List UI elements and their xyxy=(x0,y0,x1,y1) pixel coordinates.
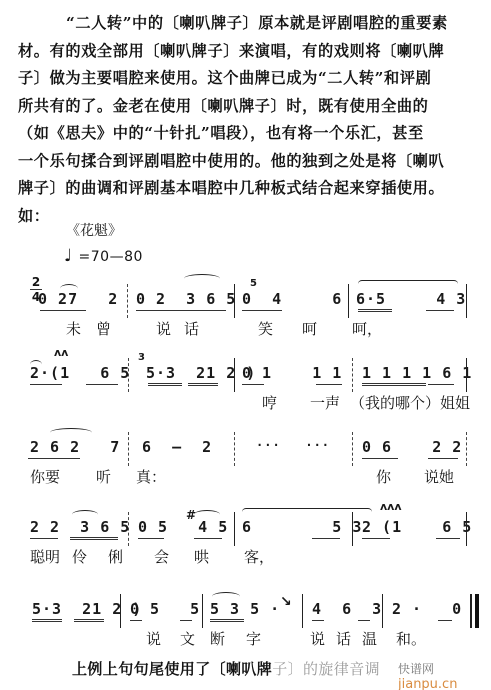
score-row-3: 2 6 2 7 6 — 2 ··· ··· 0 6 2 2 你要 听 真： 你 … xyxy=(0,432,491,492)
measure: 6 5 3 xyxy=(236,512,350,546)
measure: 3 5·3 21 2 ) xyxy=(132,358,232,392)
lyrics-line: 未 曾 说 话 笑 呵 呵， xyxy=(0,318,491,340)
barline xyxy=(234,358,235,392)
paragraph-line: （如《思夫》中的“十针扎”唱段），也有将一个乐汇，甚至 xyxy=(18,120,480,148)
beam-underline xyxy=(312,538,340,539)
caption-text: 上例上句句尾使用了〔喇叭牌 xyxy=(72,660,272,678)
measure-notes: 2·(1 6 5 xyxy=(30,364,130,382)
measure-notes: 1 1 1 1 6 1 xyxy=(362,364,472,382)
beam-underline xyxy=(30,538,58,539)
beam-underline xyxy=(436,538,460,539)
beam-underline xyxy=(428,384,454,385)
measure-notes: 0 1 1 1 xyxy=(242,364,342,382)
barline xyxy=(128,358,129,392)
watermark-cn: 快谱网 xyxy=(398,662,434,676)
lyrics-line: 聪明 伶 俐 会 哄 客， xyxy=(0,546,491,568)
lyric: 话 xyxy=(336,628,351,649)
lyric: 哼 xyxy=(262,392,277,413)
measure: 6 — 2 xyxy=(136,432,232,466)
measure-notes: 6 — 2 xyxy=(142,438,212,456)
beam-underline xyxy=(194,538,222,539)
beam-underline xyxy=(428,458,458,459)
lyric: 笑 xyxy=(258,318,273,339)
lyric: 断 xyxy=(210,628,225,649)
measure-notes: 2 (1 6 5 xyxy=(362,518,472,536)
barline xyxy=(382,594,383,628)
measure: 0 27 2 xyxy=(32,284,120,318)
beam-underline xyxy=(180,620,192,621)
beam-underline xyxy=(242,384,264,385)
barline xyxy=(202,594,203,628)
barline xyxy=(120,594,121,628)
score-row-2: ʌʌ 2·(1 6 5 3 5·3 21 2 ) 0 1 1 1 1 1 1 1… xyxy=(0,358,491,418)
barline xyxy=(234,432,235,466)
lyric: 说 xyxy=(310,628,325,649)
beam-underline xyxy=(210,619,244,622)
beam-underline xyxy=(316,384,342,385)
lyric: 呵， xyxy=(352,318,382,339)
piece-title: 《花魁》 xyxy=(66,220,122,240)
lyric: （我的哪个）姐姐 xyxy=(350,392,470,413)
lyric: 未 xyxy=(66,318,81,339)
lyric: 文 xyxy=(180,628,195,649)
barline xyxy=(466,284,467,318)
quarter-note-icon: ♩ xyxy=(64,246,73,266)
barline xyxy=(302,594,303,628)
lyric: 听 xyxy=(96,466,111,487)
score-row-5: 5·3 21 2 ) 0 5 5 5 3 5 · ↘ 4 6 3 2 · 0 说… xyxy=(0,594,491,654)
beam-underline xyxy=(86,384,118,385)
measure: 0 6 2 2 xyxy=(356,432,468,466)
measure: ʌʌʌ 2 (1 6 5 xyxy=(356,512,468,546)
measure: 2 6 2 7 xyxy=(24,432,124,466)
beam-underline xyxy=(32,619,62,622)
measure: 4 6 3 xyxy=(306,594,378,628)
slur-icon xyxy=(212,592,240,601)
measure-notes: 2 · 0 xyxy=(392,600,462,618)
measure: 5 0 4 6 xyxy=(236,284,340,318)
beam-underline xyxy=(362,383,426,386)
beam-underline xyxy=(362,538,390,539)
lyric: 哄 xyxy=(194,546,209,567)
barline xyxy=(352,358,353,392)
lyric: 一声 xyxy=(310,392,340,413)
measure: 0 2 3 6 5 xyxy=(130,284,228,318)
measure-notes: 0 2 3 6 5 xyxy=(136,290,236,308)
beam-underline xyxy=(70,537,118,540)
measure: 0 1 1 1 xyxy=(236,358,350,392)
barline xyxy=(352,432,353,466)
lyric: 真： xyxy=(136,466,166,487)
lyric: 说 xyxy=(146,628,161,649)
measure-notes: 2 2 3 6 5 xyxy=(30,518,130,536)
slur-icon xyxy=(72,510,98,519)
slur-icon xyxy=(184,274,220,283)
slur-icon xyxy=(60,284,78,293)
watermark-url: jianpu.cn xyxy=(398,677,457,690)
paragraph-line: 子〕做为主要唱腔来使用。这个曲牌已成为“二人转”和评剧 xyxy=(18,65,480,93)
measure: # 0 5 4 5 xyxy=(132,512,232,546)
measure-notes: 5 3 5 · xyxy=(210,600,280,618)
paragraph-line: 牌子〕的曲调和评剧基本唱腔中几种板式结合起来穿插使用。 xyxy=(18,175,480,203)
barline xyxy=(127,284,128,318)
measure-notes: 0 27 2 xyxy=(38,290,118,308)
paragraph-line: 所共有的了。金老在使用〔喇叭牌子〕时，既有使用全曲的 xyxy=(18,93,480,121)
measure-notes: ··· ··· xyxy=(256,438,330,452)
beam-underline xyxy=(138,538,164,539)
slur-icon xyxy=(358,280,458,284)
measure: 5 3 5 · ↘ xyxy=(204,594,300,628)
arrow-icon: ↘ xyxy=(280,594,292,610)
lyric: 俐 xyxy=(108,546,123,567)
measure-notes: 2 6 2 7 xyxy=(30,438,120,456)
barline xyxy=(128,432,129,466)
beam-underline xyxy=(358,620,370,621)
slur-icon xyxy=(194,510,220,519)
measure-notes: 4 6 3 xyxy=(312,600,382,618)
watermark: 快谱网jianpu.cn xyxy=(398,660,491,690)
lyric: 说 xyxy=(156,318,171,339)
beam-underline xyxy=(40,310,86,311)
lyric: 伶 xyxy=(72,546,87,567)
lyrics-line: 你要 听 真： 你 说她 xyxy=(0,466,491,488)
paragraph-line: 一个乐句揉合到评剧唱腔中使用的。他的独到之处是将〔喇叭 xyxy=(18,148,480,176)
lyric: 呵 xyxy=(302,318,317,339)
beam-underline xyxy=(312,620,324,621)
score-row-4: 2 2 3 6 5 # 0 5 4 5 6 5 3 ʌʌʌ 2 (1 6 5 聪… xyxy=(0,512,491,572)
trill-icon: ʌʌ xyxy=(54,346,68,359)
barline xyxy=(234,512,235,546)
beam-underline xyxy=(148,383,182,386)
lyric: 和。 xyxy=(396,628,426,649)
barline xyxy=(234,284,235,318)
tempo-marking: ♩=70—80 xyxy=(64,246,143,266)
barline xyxy=(348,284,349,318)
lyrics-line: 说 文 断 字 说 话 温 和。 xyxy=(0,628,491,650)
beam-underline xyxy=(74,619,104,622)
measure: 6·5 4 3 xyxy=(350,284,462,318)
barline xyxy=(466,358,467,392)
beam-underline xyxy=(136,310,226,311)
slur-icon xyxy=(50,428,92,437)
beam-underline xyxy=(362,458,398,459)
measure-notes: 6 5 3 xyxy=(242,518,362,536)
beam-underline xyxy=(358,309,392,312)
measure-notes: 0 5 4 5 xyxy=(138,518,228,536)
caption-line: 上例上句句尾使用了〔喇叭牌子〕的旋律音调 xyxy=(72,658,380,679)
barline xyxy=(352,512,353,546)
lyric: 你 xyxy=(376,466,391,487)
caption-text-faded: 子〕的旋律音调 xyxy=(272,660,380,678)
paragraph-line: “二人转”中的〔喇叭牌子〕原本就是评剧唱腔的重要素 xyxy=(18,10,480,38)
lyric: 客， xyxy=(244,546,274,567)
lyric: 温 xyxy=(362,628,377,649)
beam-underline xyxy=(28,458,80,459)
beam-underline xyxy=(130,620,142,621)
measure: 1 1 1 1 6 1 xyxy=(356,358,468,392)
grace-note: 3 xyxy=(138,352,145,363)
score-row-1: 0 27 2 0 2 3 6 5 5 0 4 6 6·5 4 3 未 曾 说 话… xyxy=(0,284,491,344)
barline xyxy=(128,512,129,546)
lyrics-line: 哼 一声 （我的哪个）姐姐 xyxy=(0,392,491,414)
lyric: 曾 xyxy=(96,318,111,339)
barline xyxy=(466,512,467,546)
beam-underline xyxy=(438,620,452,621)
lyric: 话 xyxy=(184,318,199,339)
beam-underline xyxy=(188,383,218,386)
tempo-value: =70—80 xyxy=(79,249,143,265)
intro-paragraph: “二人转”中的〔喇叭牌子〕原本就是评剧唱腔的重要素 材。有的戏全部用〔喇叭牌子〕… xyxy=(18,10,480,230)
tie-icon xyxy=(30,360,42,369)
measure: 2 · 0 xyxy=(386,594,466,628)
beam-underline xyxy=(426,310,454,311)
measure: 0 5 5 xyxy=(124,594,200,628)
lyric: 字 xyxy=(246,628,261,649)
measure: ··· ··· xyxy=(250,432,350,466)
measure: ʌʌ 2·(1 6 5 xyxy=(24,358,124,392)
barline xyxy=(466,432,467,466)
lyric: 说她 xyxy=(424,466,454,487)
beam-underline xyxy=(242,310,282,311)
lyric: 会 xyxy=(154,546,169,567)
lyric: 你要 xyxy=(30,466,60,487)
measure-notes: 0 5 5 xyxy=(130,600,200,618)
measure: 2 2 3 6 5 xyxy=(24,512,124,546)
trill-icon: ʌʌʌ xyxy=(380,500,402,513)
measure-notes: 6·5 4 3 xyxy=(356,290,466,308)
paragraph-line: 材。有的戏全部用〔喇叭牌子〕来演唱，有的戏则将〔喇叭牌 xyxy=(18,38,480,66)
measure-notes: 0 4 6 xyxy=(242,290,342,308)
final-barline xyxy=(470,594,472,628)
grace-note: 5 xyxy=(250,278,257,289)
measure: 5·3 21 2 ) xyxy=(26,594,118,628)
lyric: 聪明 xyxy=(30,546,60,567)
beam-underline xyxy=(30,384,62,385)
measure-notes: 0 6 2 2 xyxy=(362,438,462,456)
